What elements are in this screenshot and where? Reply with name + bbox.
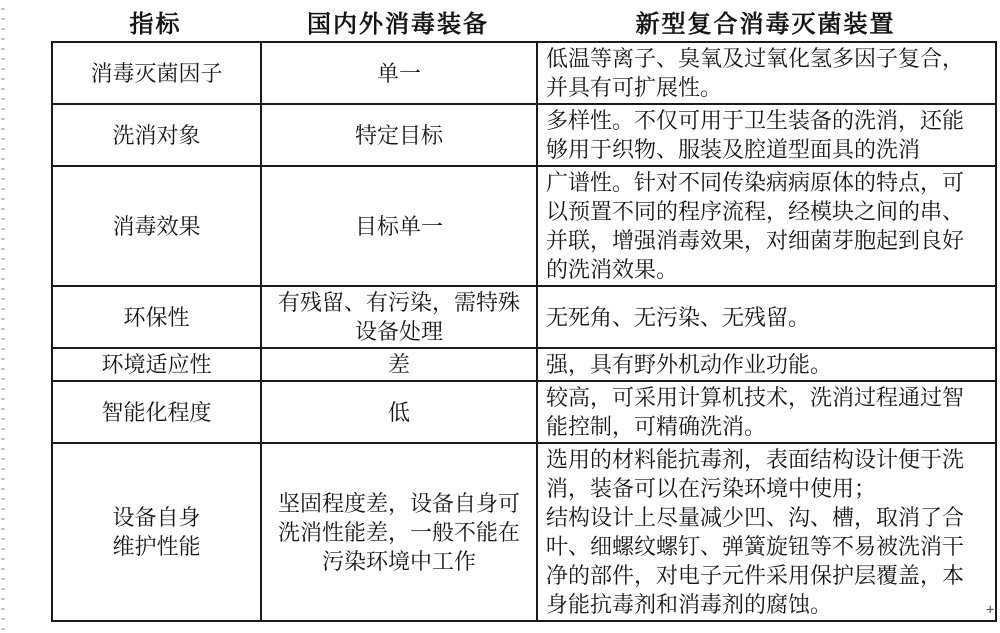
table-row: 消毒灭菌因子 单一 低温等离子、臭氧及过氧化氢多因子复合，并具有可扩展性。 [52,42,996,104]
novel-cell: 无死角、无污染、无残留。 [537,286,996,348]
novel-cell: 强，具有野外机动作业功能。 [537,348,996,381]
conventional-cell: 坚固程度差，设备自身可洗消性能差，一般不能在污染环境中工作 [261,443,537,621]
table-row: 洗消对象 特定目标 多样性。不仅可用于卫生装备的洗消，还能够用于织物、服装及腔道… [52,104,996,166]
novel-cell: 选用的材料能抗毒剂，表面结构设计便于洗消，装备可以在污染环境中使用； 结构设计上… [537,443,996,621]
comparison-table-body: 消毒灭菌因子 单一 低温等离子、臭氧及过氧化氢多因子复合，并具有可扩展性。 洗消… [52,42,996,621]
indicator-cell: 环保性 [52,286,261,348]
indicator-cell: 消毒灭菌因子 [52,42,261,104]
scan-edge-artifact [1,0,5,633]
conventional-cell: 单一 [261,42,537,104]
table-row: 环保性 有残留、有污染，需特殊设备处理 无死角、无污染、无残留。 [52,286,996,348]
conventional-cell: 低 [261,381,537,443]
table-row: 环境适应性 差 强，具有野外机动作业功能。 [52,348,996,381]
comparison-table: 消毒灭菌因子 单一 低温等离子、臭氧及过氧化氢多因子复合，并具有可扩展性。 洗消… [51,41,997,622]
table-row: 设备自身 维护性能 坚固程度差，设备自身可洗消性能差，一般不能在污染环境中工作 … [52,443,996,621]
column-header-conventional-equipment: 国内外消毒装备 [260,3,536,39]
table-header-row: 指标 国内外消毒装备 新型复合消毒灭菌装置 [51,3,995,41]
conventional-cell: 有残留、有污染，需特殊设备处理 [261,286,537,348]
indicator-cell: 智能化程度 [52,381,261,443]
indicator-cell: 设备自身 维护性能 [52,443,261,621]
indicator-cell: 洗消对象 [52,104,261,166]
conventional-cell: 差 [261,348,537,381]
corner-registration-mark: + [986,602,994,618]
table-row: 智能化程度 低 较高，可采用计算机技术，洗消过程通过智能控制，可精确洗消。 [52,381,996,443]
table-row: 消毒效果 目标单一 广谱性。针对不同传染病病原体的特点，可以预置不同的程序流程，… [52,166,996,286]
column-header-indicator: 指标 [51,3,260,39]
novel-cell: 广谱性。针对不同传染病病原体的特点，可以预置不同的程序流程，经模块之间的串、并联… [537,166,996,286]
indicator-cell: 环境适应性 [52,348,261,381]
novel-cell: 多样性。不仅可用于卫生装备的洗消，还能够用于织物、服装及腔道型面具的洗消 [537,104,996,166]
novel-cell: 低温等离子、臭氧及过氧化氢多因子复合，并具有可扩展性。 [537,42,996,104]
indicator-cell: 消毒效果 [52,166,261,286]
column-header-novel-device: 新型复合消毒灭菌装置 [536,3,995,39]
document-page: 指标 国内外消毒装备 新型复合消毒灭菌装置 消毒灭菌因子 单一 低温等离子、臭氧… [51,3,995,622]
novel-cell: 较高，可采用计算机技术，洗消过程通过智能控制，可精确洗消。 [537,381,996,443]
conventional-cell: 特定目标 [261,104,537,166]
conventional-cell: 目标单一 [261,166,537,286]
